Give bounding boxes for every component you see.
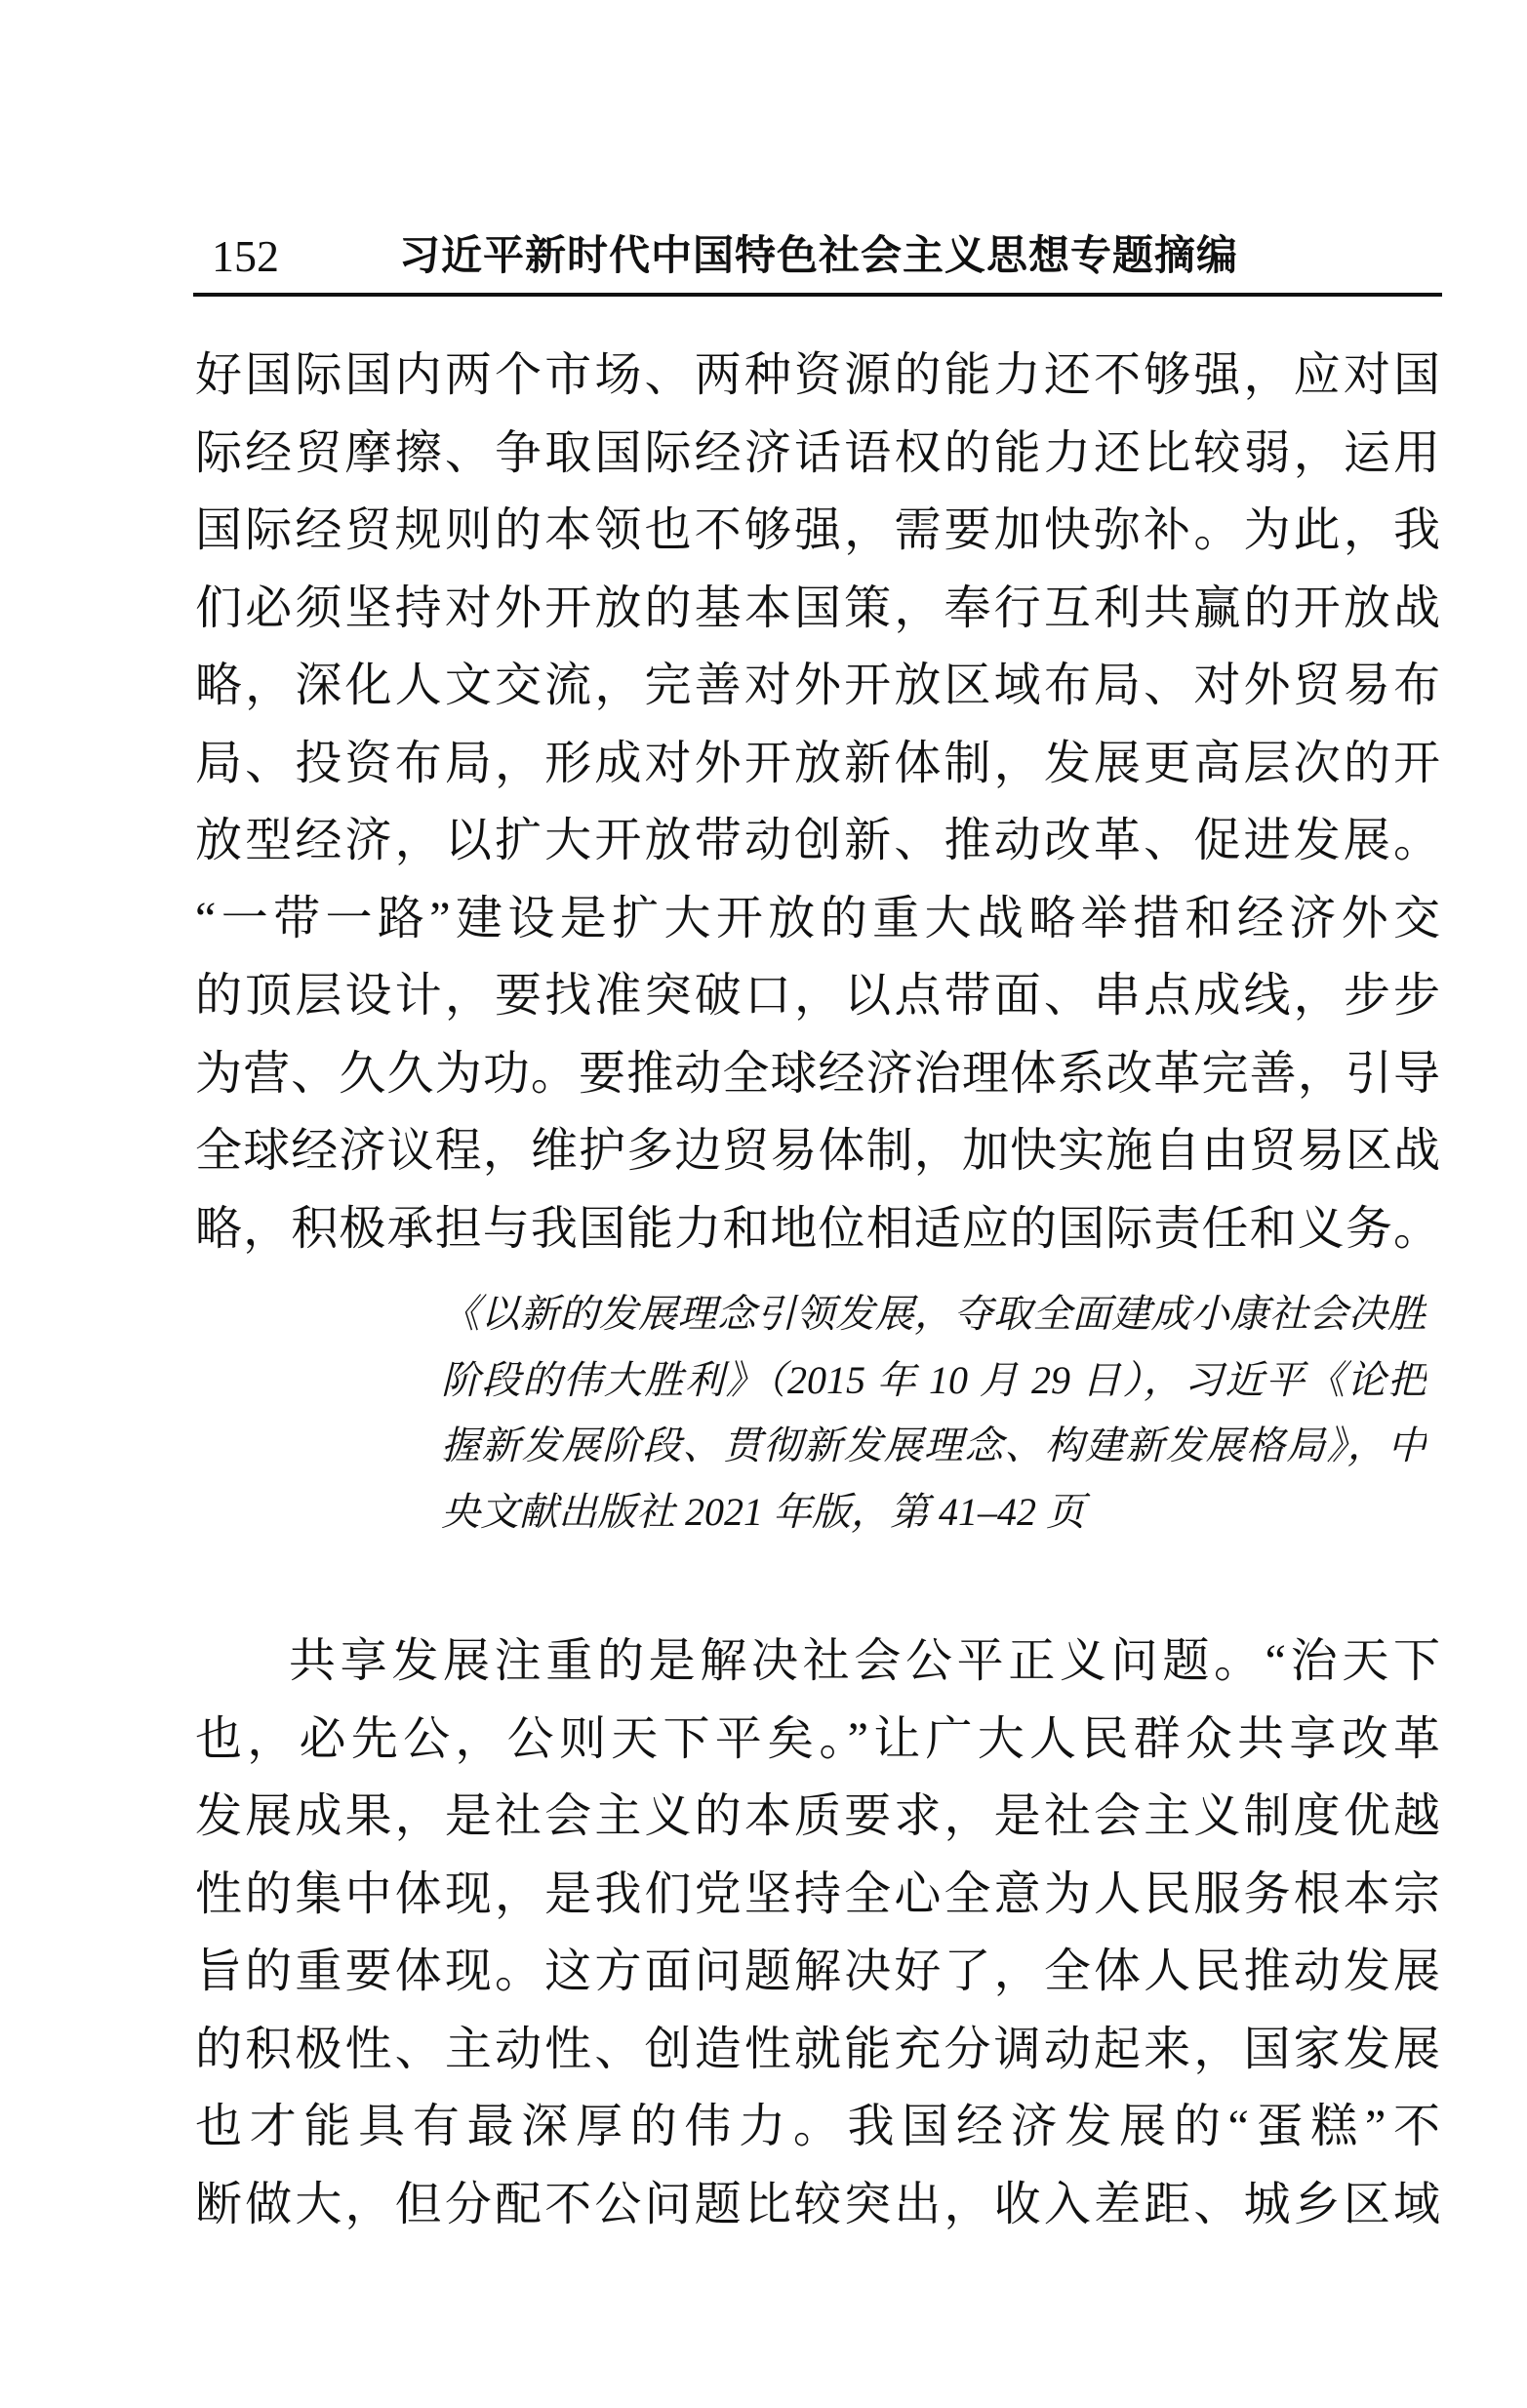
text-line: 也，必先公，公则天下平矣。”让广大人民群众共享改革 [195, 1701, 1440, 1779]
text-line: “一带一路”建设是扩大开放的重大战略举措和经济外交 [195, 880, 1440, 958]
header-divider [193, 293, 1442, 297]
text-line: 断做大，但分配不公问题比较突出，收入差距、城乡区域 [195, 2166, 1440, 2244]
text-line: 际经贸摩擦、争取国际经济话语权的能力还比较弱，运用 [195, 415, 1440, 493]
text-line: 略，积极承担与我国能力和地位相适应的国际责任和义务。 [195, 1190, 1440, 1268]
text-line: 为营、久久为功。要推动全球经济治理体系改革完善，引导 [195, 1035, 1440, 1113]
text-line: 全球经济议程，维护多边贸易体制，加快实施自由贸易区战 [195, 1112, 1440, 1190]
paragraph-shared-development: 共享发展注重的是解决社会公平正义问题。“治天下也，必先公，公则天下平矣。”让广大… [195, 1623, 1440, 2243]
source-citation: 《以新的发展理念引领发展，夺取全面建成小康社会决胜阶段的伟大胜利》（2015 年… [441, 1281, 1427, 1545]
text-line: 的积极性、主动性、创造性就能充分调动起来，国家发展 [195, 2011, 1440, 2089]
text-line: 发展成果，是社会主义的本质要求，是社会主义制度优越 [195, 1778, 1440, 1856]
text-line: 共享发展注重的是解决社会公平正义问题。“治天下 [195, 1623, 1440, 1701]
text-line: 旨的重要体现。这方面问题解决好了，全体人民推动发展 [195, 1933, 1440, 2011]
text-line: 放型经济，以扩大开放带动创新、推动改革、促进发展。 [195, 802, 1440, 880]
text-line: 国际经贸规则的本领也不够强，需要加快弥补。为此，我 [195, 492, 1440, 570]
text-line: 局、投资布局，形成对外开放新体制，发展更高层次的开 [195, 725, 1440, 803]
running-header-title: 习近平新时代中国特色社会主义思想专题摘编 [195, 232, 1442, 279]
text-line: 性的集中体现，是我们党坚持全心全意为人民服务根本宗 [195, 1856, 1440, 1934]
text-line: 略，深化人文交流，完善对外开放区域布局、对外贸易布 [195, 647, 1440, 725]
text-line: 握新发展阶段、贯彻新发展理念、构建新发展格局》，中 [441, 1413, 1427, 1479]
text-line: 好国际国内两个市场、两种资源的能力还不够强，应对国 [195, 337, 1440, 415]
book-page: 152 习近平新时代中国特色社会主义思想专题摘编 好国际国内两个市场、两种资源的… [0, 0, 1527, 2408]
text-line: 的顶层设计，要找准突破口，以点带面、串点成线，步步 [195, 957, 1440, 1035]
text-line: 也才能具有最深厚的伟力。我国经济发展的“蛋糕”不 [195, 2088, 1440, 2166]
paragraph-opening-up: 好国际国内两个市场、两种资源的能力还不够强，应对国际经贸摩擦、争取国际经济话语权… [195, 337, 1440, 1267]
text-line: 央文献出版社 2021 年版，第 41–42 页 [441, 1479, 1427, 1545]
text-line: 阶段的伟大胜利》（2015 年 10 月 29 日），习近平《论把 [441, 1347, 1427, 1414]
text-line: 们必须坚持对外开放的基本国策，奉行互利共赢的开放战 [195, 570, 1440, 648]
text-line: 《以新的发展理念引领发展，夺取全面建成小康社会决胜 [441, 1281, 1427, 1347]
